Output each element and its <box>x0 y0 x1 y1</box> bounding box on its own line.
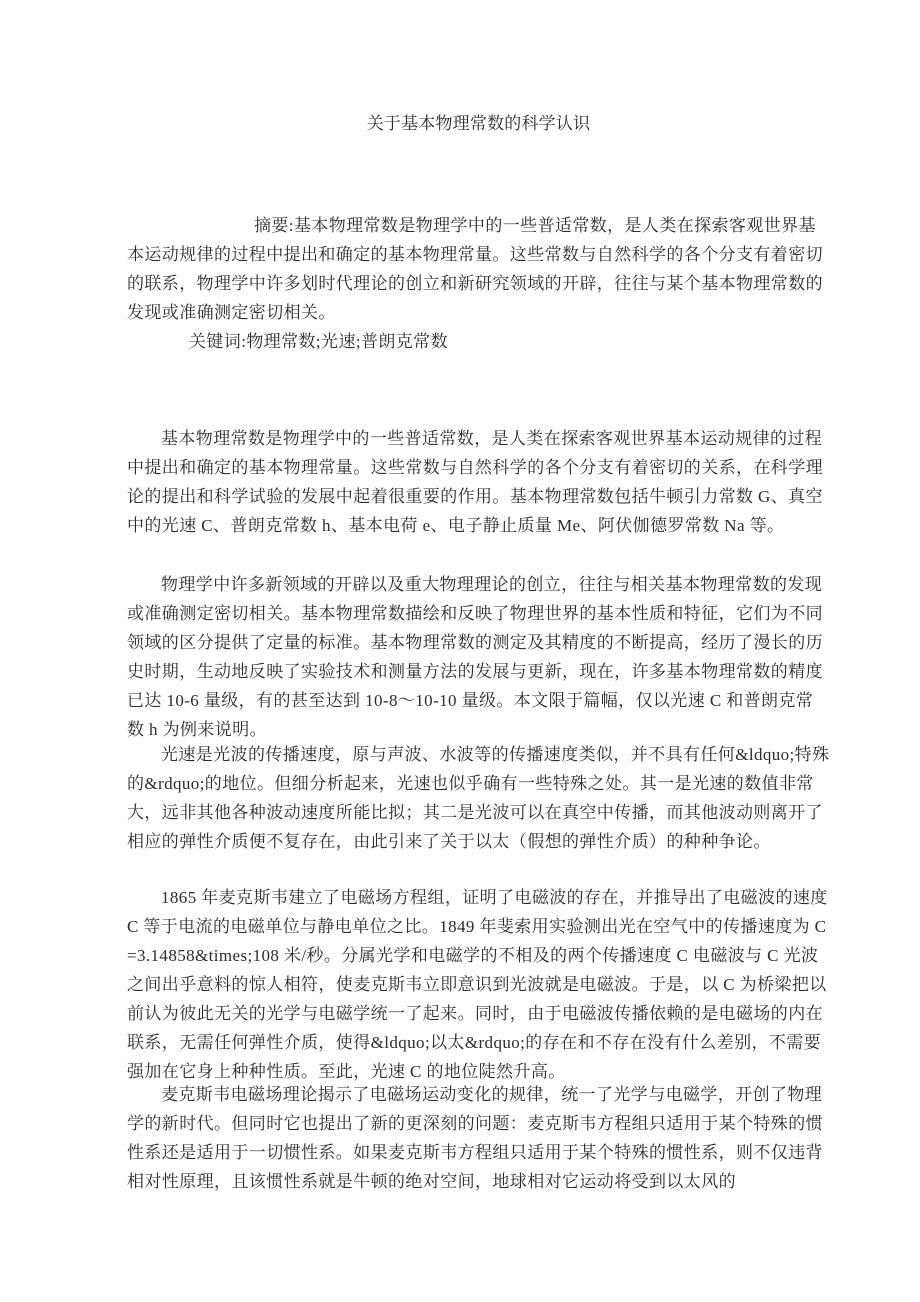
abstract-paragraph: 摘要:基本物理常数是物理学中的一些普适常数，是人类在探索客观世界基本运动规律的过… <box>127 211 830 327</box>
body-paragraph-5: 麦克斯韦电磁场理论揭示了电磁场运动变化的规律，统一了光学与电磁学，开创了物理学的… <box>127 1080 830 1196</box>
body-paragraph-2: 物理学中许多新领域的开辟以及重大物理理论的创立，往往与相关基本物理常数的发现或准… <box>127 570 830 744</box>
body-paragraph-3: 光速是光波的传播速度，原与声波、水波等的传播速度类似，并不具有任何&ldquo;… <box>127 740 830 856</box>
body-paragraph-4: 1865 年麦克斯韦建立了电磁场方程组，证明了电磁波的存在，并推导出了电磁波的速… <box>127 883 830 1086</box>
document-title: 关于基本物理常数的科学认识 <box>127 109 830 138</box>
keywords-line: 关键词:物理常数;光速;普朗克常数 <box>127 327 830 356</box>
document-page: 关于基本物理常数的科学认识 摘要:基本物理常数是物理学中的一些普适常数，是人类在… <box>0 0 920 1302</box>
body-paragraph-1: 基本物理常数是物理学中的一些普适常数，是人类在探索客观世界基本运动规律的过程中提… <box>127 424 830 540</box>
